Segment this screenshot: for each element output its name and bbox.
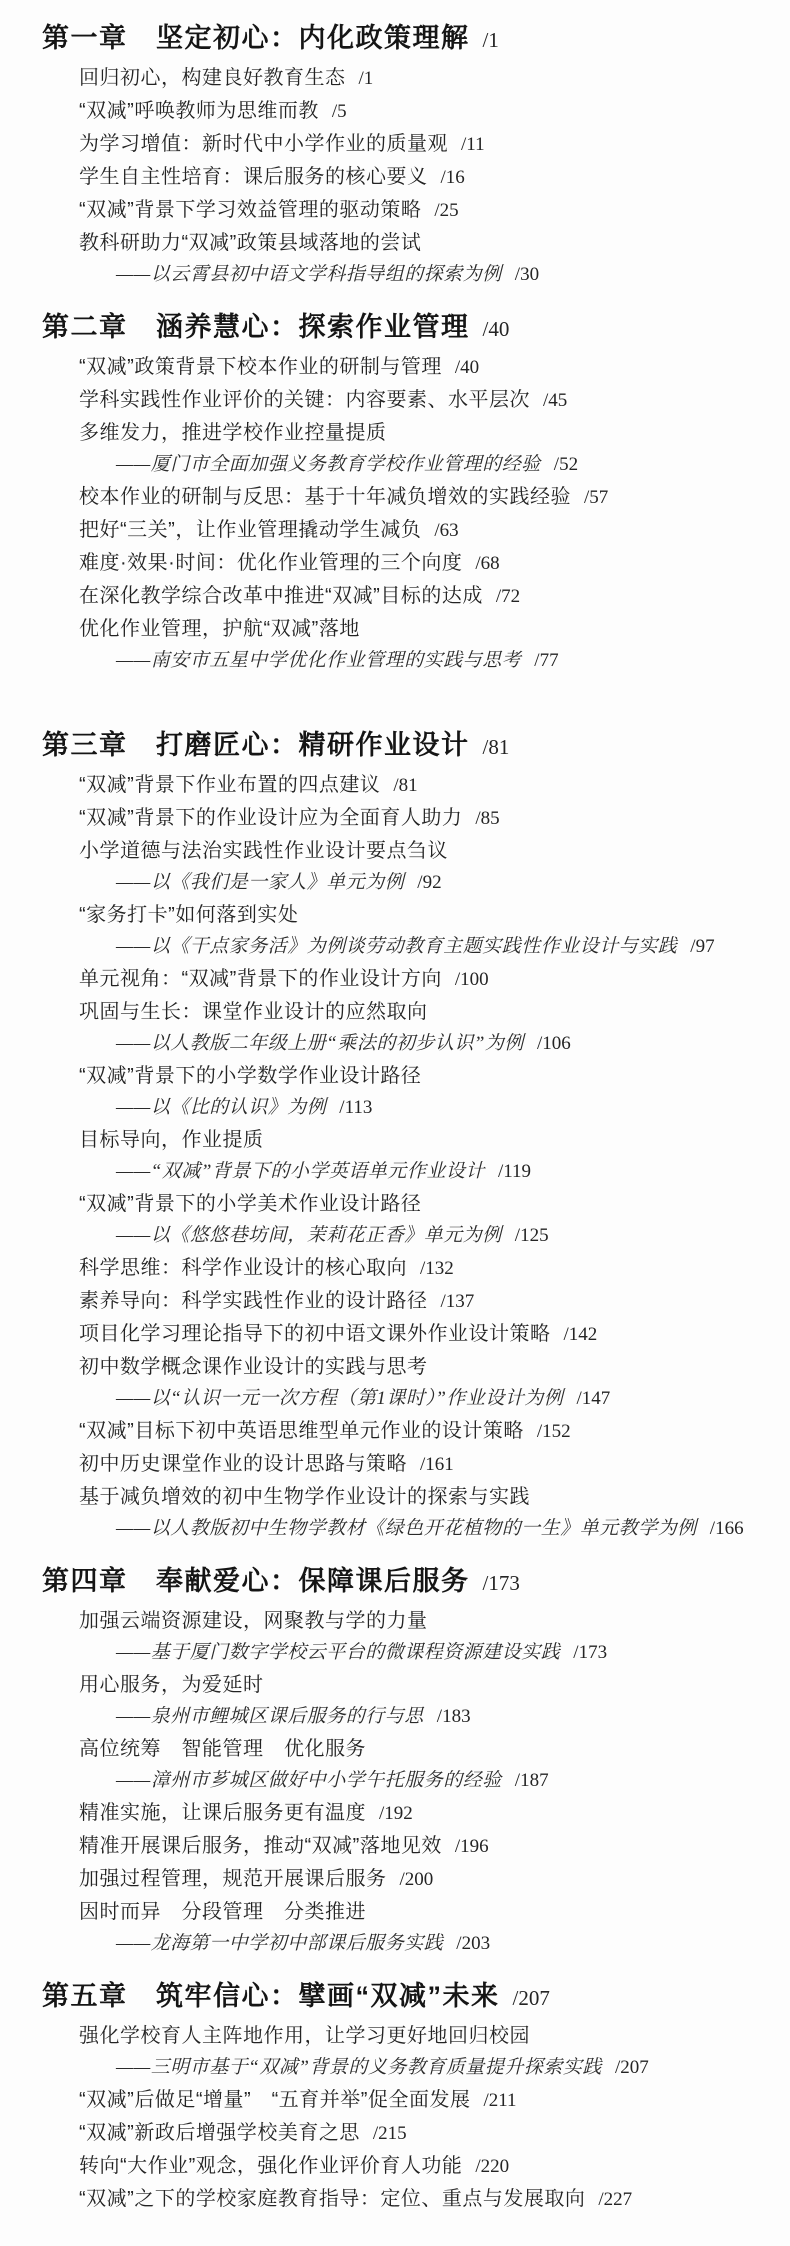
toc-entry: 加强云端资源建设，网聚教与学的力量	[79, 1605, 770, 1637]
toc-entry: “双减”呼唤教师为思维而教/5	[79, 95, 770, 128]
entry-title: 在深化教学综合改革中推进“双减”目标的达成	[79, 585, 483, 607]
entry-title: 小学道德与法治实践性作业设计要点刍议	[79, 840, 448, 862]
entry-title: 巩固与生长：课堂作业设计的应然取向	[79, 1001, 428, 1023]
chapter-page-number: /40	[483, 317, 510, 341]
toc-entry: 教科研助力“双减”政策县域落地的尝试	[79, 227, 770, 259]
toc-subentry: ——南安市五星中学优化作业管理的实践与思考/77	[116, 645, 770, 677]
toc-entry: 项目化学习理论指导下的初中语文课外作业设计策略/142	[79, 1318, 770, 1351]
toc-entry: 校本作业的研制与反思：基于十年减负增效的实践经验/57	[79, 481, 770, 514]
page-number: /203	[456, 1933, 490, 1954]
entry-title: ——“双减”背景下的小学英语单元作业设计	[116, 1161, 485, 1182]
toc-page: 第一章 坚定初心：内化政策理解/1回归初心，构建良好教育生态/1“双减”呼唤教师…	[0, 0, 790, 2246]
page-number: /63	[434, 520, 458, 541]
page-number: /173	[573, 1642, 607, 1663]
chapter-section: 第五章 筑牢信心：擘画“双减”未来/207强化学校育人主阵地作用，让学习更好地回…	[0, 1974, 770, 2216]
entry-title: ——厦门市全面加强义务教育学校作业管理的经验	[116, 454, 541, 475]
entry-title: “双减”后做足“增量” “五育并举”促全面发展	[79, 2089, 470, 2111]
entry-title: 校本作业的研制与反思：基于十年减负增效的实践经验	[79, 486, 571, 508]
chapter-page-number: /173	[483, 1571, 520, 1595]
toc-entry: 回归初心，构建良好教育生态/1	[79, 62, 770, 95]
page-number: /5	[332, 101, 347, 122]
page-number: /183	[437, 1706, 471, 1727]
entry-title: “双减”新政后增强学校美育之思	[79, 2122, 360, 2144]
toc-subentry: ——以《悠悠巷坊间，茉莉花正香》单元为例/125	[116, 1220, 770, 1252]
entry-title: 难度·效果·时间：优化作业管理的三个向度	[79, 552, 462, 574]
toc-entry: 单元视角：“双减”背景下的作业设计方向/100	[79, 963, 770, 996]
toc-subentry: ——以《比的认识》为例/113	[116, 1092, 770, 1124]
page-number: /68	[475, 553, 499, 574]
toc-subentry: ——厦门市全面加强义务教育学校作业管理的经验/52	[116, 449, 770, 481]
toc-entry: “双减”背景下的小学美术作业设计路径	[79, 1188, 770, 1220]
page-number: /25	[434, 200, 458, 221]
toc-entry: 用心服务，为爱延时	[79, 1669, 770, 1701]
toc-subentry: ——三明市基于“双减”背景的义务教育质量提升探索实践/207	[116, 2052, 770, 2084]
toc-entry: “双减”背景下作业布置的四点建议/81	[79, 769, 770, 802]
toc-entry: 因时而异 分段管理 分类推进	[79, 1896, 770, 1928]
page-number: /45	[543, 390, 567, 411]
entry-title: 目标导向，作业提质	[79, 1129, 264, 1151]
chapter-heading: 第四章 奉献爱心：保障课后服务/173	[42, 1559, 770, 1605]
entry-title: ——三明市基于“双减”背景的义务教育质量提升探索实践	[116, 2057, 602, 2078]
entry-title: “双减”目标下初中英语思维型单元作业的设计策略	[79, 1420, 524, 1442]
toc-entry: 目标导向，作业提质	[79, 1124, 770, 1156]
entry-title: ——南安市五星中学优化作业管理的实践与思考	[116, 650, 521, 671]
toc-subentry: ——漳州市芗城区做好中小学午托服务的经验/187	[116, 1765, 770, 1797]
chapter-heading: 第二章 涵养慧心：探索作业管理/40	[42, 305, 770, 351]
entry-title: ——泉州市鲤城区课后服务的行与思	[116, 1706, 424, 1727]
toc-subentry: ——以云霄县初中语文学科指导组的探索为例/30	[116, 259, 770, 291]
toc-subentry: ——以人教版初中生物学教材《绿色开花植物的一生》单元教学为例/166	[116, 1513, 770, 1545]
toc-subentry: ——以《我们是一家人》单元为例/92	[116, 867, 770, 899]
entry-title: 回归初心，构建良好教育生态	[79, 67, 346, 89]
toc-subentry: ——龙海第一中学初中部课后服务实践/203	[116, 1928, 770, 1960]
chapter-section: 第三章 打磨匠心：精研作业设计/81“双减”背景下作业布置的四点建议/81“双减…	[0, 723, 770, 1545]
page-number: /40	[455, 357, 479, 378]
entry-title: ——以云霄县初中语文学科指导组的探索为例	[116, 264, 502, 285]
page-number: /52	[554, 454, 578, 475]
toc-entry: “双减”之下的学校家庭教育指导：定位、重点与发展取向/227	[79, 2183, 770, 2216]
entry-title: 科学思维：科学作业设计的核心取向	[79, 1257, 407, 1279]
page-number: /30	[515, 264, 539, 285]
toc-entry: “双减”目标下初中英语思维型单元作业的设计策略/152	[79, 1415, 770, 1448]
entry-title: 精准开展课后服务，推动“双减”落地见效	[79, 1835, 442, 1857]
page-number: /106	[537, 1033, 571, 1054]
entry-title: ——漳州市芗城区做好中小学午托服务的经验	[116, 1770, 502, 1791]
entry-title: 初中数学概念课作业设计的实践与思考	[79, 1356, 428, 1378]
chapter-page-number: /81	[483, 735, 510, 759]
page-number: /113	[339, 1097, 372, 1118]
toc-entry: “双减”新政后增强学校美育之思/215	[79, 2117, 770, 2150]
page-number: /200	[400, 1869, 434, 1890]
entry-title: 精准实施，让课后服务更有温度	[79, 1802, 366, 1824]
page-number: /196	[455, 1836, 489, 1857]
page-number: /220	[475, 2156, 509, 2177]
entry-title: 把好“三关”，让作业管理撬动学生减负	[79, 519, 421, 541]
entry-title: 用心服务，为爱延时	[79, 1674, 264, 1696]
page-number: /16	[441, 167, 465, 188]
chapter-heading: 第五章 筑牢信心：擘画“双减”未来/207	[42, 1974, 770, 2020]
toc-subentry: ——“双减”背景下的小学英语单元作业设计/119	[116, 1156, 770, 1188]
toc-entry: “双减”背景下的作业设计应为全面育人助力/85	[79, 802, 770, 835]
page-number: /57	[584, 487, 608, 508]
chapter-section: 第四章 奉献爱心：保障课后服务/173加强云端资源建设，网聚教与学的力量——基于…	[0, 1559, 770, 1960]
entry-title: 学生自主性培育：课后服务的核心要义	[79, 166, 428, 188]
entry-title: ——以《比的认识》为例	[116, 1097, 326, 1118]
entry-title: 高位统筹 智能管理 优化服务	[79, 1738, 366, 1760]
page-number: /97	[690, 936, 714, 957]
toc-entry: 素养导向：科学实践性作业的设计路径/137	[79, 1285, 770, 1318]
toc-entry: 为学习增值：新时代中小学作业的质量观/11	[79, 128, 770, 161]
toc-entry: 学生自主性培育：课后服务的核心要义/16	[79, 161, 770, 194]
entry-title: 教科研助力“双减”政策县域落地的尝试	[79, 232, 421, 254]
toc-entry: 小学道德与法治实践性作业设计要点刍议	[79, 835, 770, 867]
entry-title: ——以《我们是一家人》单元为例	[116, 872, 404, 893]
entry-title: ——龙海第一中学初中部课后服务实践	[116, 1933, 443, 1954]
page-number: /147	[576, 1388, 610, 1409]
entry-title: “家务打卡”如何落到实处	[79, 904, 298, 926]
toc-entry: 优化作业管理，护航“双减”落地	[79, 613, 770, 645]
entry-title: 多维发力，推进学校作业控量提质	[79, 422, 387, 444]
chapter-title: 第三章 打磨匠心：精研作业设计	[42, 730, 470, 760]
entry-title: “双减”背景下学习效益管理的驱动策略	[79, 199, 421, 221]
toc-entry: 精准开展课后服务，推动“双减”落地见效/196	[79, 1830, 770, 1863]
entry-title: “双减”背景下的小学数学作业设计路径	[79, 1065, 421, 1087]
chapter-title: 第四章 奉献爱心：保障课后服务	[42, 1566, 470, 1596]
page-number: /166	[710, 1518, 744, 1539]
entry-title: “双减”之下的学校家庭教育指导：定位、重点与发展取向	[79, 2188, 585, 2210]
entry-title: 项目化学习理论指导下的初中语文课外作业设计策略	[79, 1323, 551, 1345]
entry-title: “双减”呼唤教师为思维而教	[79, 100, 319, 122]
page-number: /227	[598, 2189, 632, 2210]
toc-entry: 难度·效果·时间：优化作业管理的三个向度/68	[79, 547, 770, 580]
chapter-section: 第二章 涵养慧心：探索作业管理/40“双减”政策背景下校本作业的研制与管理/40…	[0, 305, 770, 677]
entry-title: 素养导向：科学实践性作业的设计路径	[79, 1290, 428, 1312]
toc-entry: 多维发力，推进学校作业控量提质	[79, 417, 770, 449]
page-number: /119	[498, 1161, 531, 1182]
entry-title: 加强云端资源建设，网聚教与学的力量	[79, 1610, 428, 1632]
page-number: /125	[515, 1225, 549, 1246]
page-number: /187	[515, 1770, 549, 1791]
toc-entry: 强化学校育人主阵地作用，让学习更好地回归校园	[79, 2020, 770, 2052]
page-number: /100	[455, 969, 489, 990]
entry-title: 为学习增值：新时代中小学作业的质量观	[79, 133, 448, 155]
page-number: /92	[417, 872, 441, 893]
toc-entry: 初中数学概念课作业设计的实践与思考	[79, 1351, 770, 1383]
entry-title: “双减”背景下的作业设计应为全面育人助力	[79, 807, 462, 829]
toc-entry: 初中历史课堂作业的设计思路与策略/161	[79, 1448, 770, 1481]
page-number: /192	[379, 1803, 413, 1824]
entry-title: 学科实践性作业评价的关键：内容要素、水平层次	[79, 389, 530, 411]
page-number: /207	[615, 2057, 649, 2078]
page-number: /132	[420, 1258, 454, 1279]
entry-title: ——以人教版初中生物学教材《绿色开花植物的一生》单元教学为例	[116, 1518, 697, 1539]
chapter-title: 第二章 涵养慧心：探索作业管理	[42, 312, 470, 342]
entry-title: “双减”背景下作业布置的四点建议	[79, 774, 380, 796]
entry-title: ——以《悠悠巷坊间，茉莉花正香》单元为例	[116, 1225, 502, 1246]
toc-entry: 加强过程管理，规范开展课后服务/200	[79, 1863, 770, 1896]
chapter-title: 第五章 筑牢信心：擘画“双减”未来	[42, 1981, 500, 2011]
entry-title: ——基于厦门数字学校云平台的微课程资源建设实践	[116, 1642, 560, 1663]
entry-title: ——以《干点家务活》为例谈劳动教育主题实践性作业设计与实践	[116, 936, 677, 957]
toc-entry: “双减”后做足“增量” “五育并举”促全面发展/211	[79, 2084, 770, 2117]
entry-title: ——以“认识一元一次方程（第1课时）”作业设计为例	[116, 1388, 563, 1409]
toc-subentry: ——以人教版二年级上册“乘法的初步认识”为例/106	[116, 1028, 770, 1060]
entry-title: 优化作业管理，护航“双减”落地	[79, 618, 360, 640]
toc-subentry: ——泉州市鲤城区课后服务的行与思/183	[116, 1701, 770, 1733]
page-number: /137	[441, 1291, 475, 1312]
toc-subentry: ——以“认识一元一次方程（第1课时）”作业设计为例/147	[116, 1383, 770, 1415]
toc-entry: 巩固与生长：课堂作业设计的应然取向	[79, 996, 770, 1028]
chapter-page-number: /1	[483, 28, 499, 52]
table-of-contents: 第一章 坚定初心：内化政策理解/1回归初心，构建良好教育生态/1“双减”呼唤教师…	[0, 16, 770, 2216]
page-number: /11	[461, 134, 485, 155]
page-number: /152	[537, 1421, 571, 1442]
toc-entry: 科学思维：科学作业设计的核心取向/132	[79, 1252, 770, 1285]
page-number: /215	[373, 2123, 407, 2144]
entry-title: 加强过程管理，规范开展课后服务	[79, 1868, 387, 1890]
entry-title: “双减”政策背景下校本作业的研制与管理	[79, 356, 442, 378]
toc-subentry: ——基于厦门数字学校云平台的微课程资源建设实践/173	[116, 1637, 770, 1669]
chapter-heading: 第一章 坚定初心：内化政策理解/1	[42, 16, 770, 62]
chapter-section: 第一章 坚定初心：内化政策理解/1回归初心，构建良好教育生态/1“双减”呼唤教师…	[0, 16, 770, 291]
entry-title: 转向“大作业”观念，强化作业评价育人功能	[79, 2155, 462, 2177]
entry-title: 初中历史课堂作业的设计思路与策略	[79, 1453, 407, 1475]
entry-title: 单元视角：“双减”背景下的作业设计方向	[79, 968, 442, 990]
toc-entry: “双减”政策背景下校本作业的研制与管理/40	[79, 351, 770, 384]
page-number: /81	[393, 775, 417, 796]
toc-entry: “家务打卡”如何落到实处	[79, 899, 770, 931]
entry-title: 因时而异 分段管理 分类推进	[79, 1901, 366, 1923]
toc-entry: 把好“三关”，让作业管理撬动学生减负/63	[79, 514, 770, 547]
toc-entry: 学科实践性作业评价的关键：内容要素、水平层次/45	[79, 384, 770, 417]
page-number: /142	[564, 1324, 598, 1345]
page-number: /85	[475, 808, 499, 829]
toc-entry: 基于减负增效的初中生物学作业设计的探索与实践	[79, 1481, 770, 1513]
entry-title: 强化学校育人主阵地作用，让学习更好地回归校园	[79, 2025, 530, 2047]
toc-subentry: ——以《干点家务活》为例谈劳动教育主题实践性作业设计与实践/97	[116, 931, 770, 963]
page-number: /161	[420, 1454, 454, 1475]
page-number: /77	[534, 650, 558, 671]
toc-entry: 精准实施，让课后服务更有温度/192	[79, 1797, 770, 1830]
entry-title: “双减”背景下的小学美术作业设计路径	[79, 1193, 421, 1215]
page-number: /211	[483, 2090, 516, 2111]
page-number: /1	[359, 68, 374, 89]
chapter-heading: 第三章 打磨匠心：精研作业设计/81	[42, 723, 770, 769]
entry-title: 基于减负增效的初中生物学作业设计的探索与实践	[79, 1486, 530, 1508]
chapter-page-number: /207	[513, 1986, 550, 2010]
toc-entry: “双减”背景下的小学数学作业设计路径	[79, 1060, 770, 1092]
entry-title: ——以人教版二年级上册“乘法的初步认识”为例	[116, 1033, 524, 1054]
toc-entry: 高位统筹 智能管理 优化服务	[79, 1733, 770, 1765]
page-number: /72	[496, 586, 520, 607]
chapter-title: 第一章 坚定初心：内化政策理解	[42, 23, 470, 53]
toc-entry: 转向“大作业”观念，强化作业评价育人功能/220	[79, 2150, 770, 2183]
toc-entry: 在深化教学综合改革中推进“双减”目标的达成/72	[79, 580, 770, 613]
toc-entry: “双减”背景下学习效益管理的驱动策略/25	[79, 194, 770, 227]
